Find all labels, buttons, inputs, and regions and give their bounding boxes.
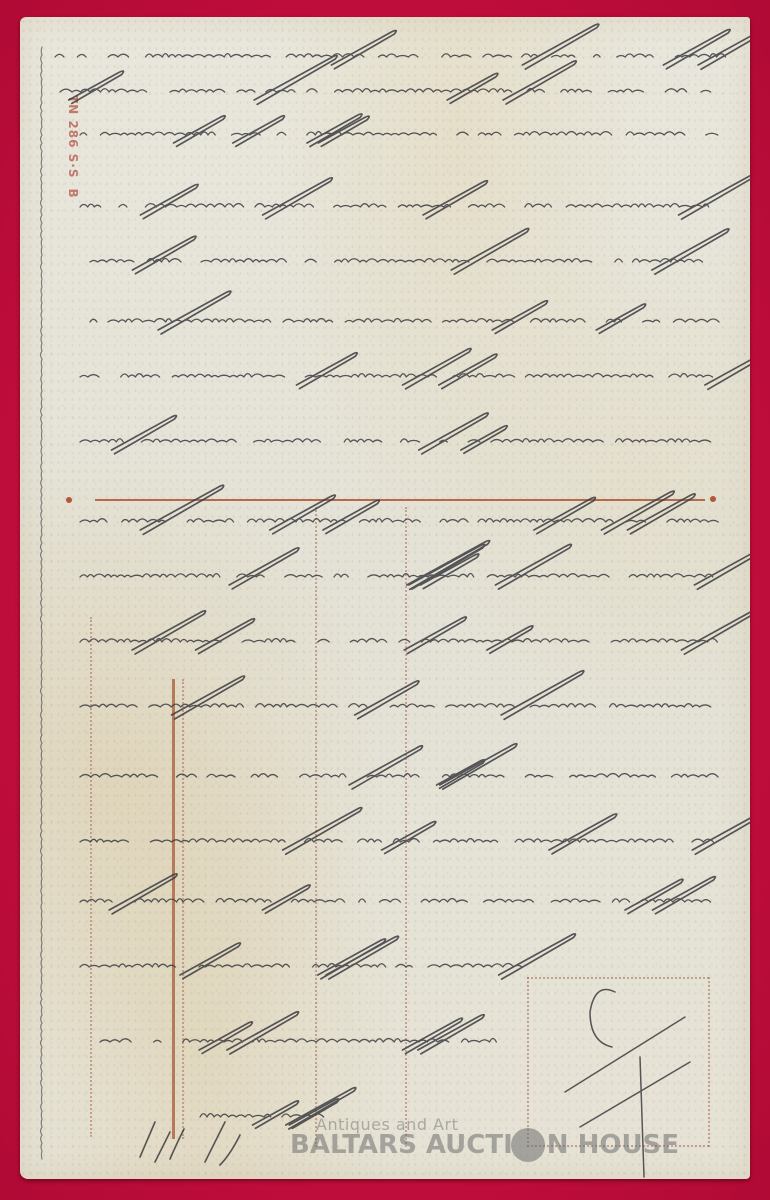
handwriting <box>20 17 750 1179</box>
postcard: TN 286 S·SB <box>20 17 750 1179</box>
